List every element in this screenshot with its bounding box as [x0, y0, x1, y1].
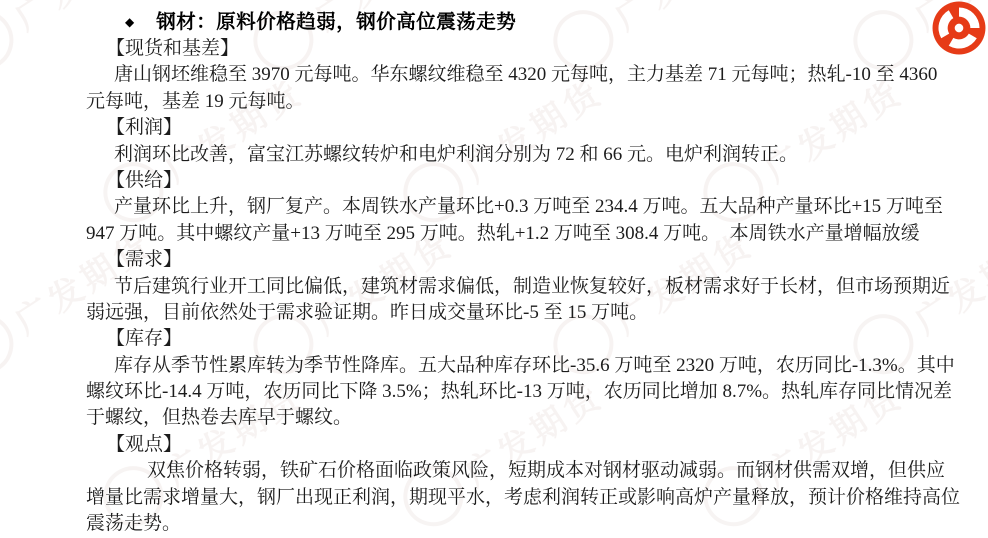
- report-page: { "page": { "background": "#ffffff", "te…: [0, 0, 988, 538]
- section-spot-basis: 【现货和基差】 唐山钢坯维稳至 3970 元每吨。华东螺纹维稳至 4320 元每…: [86, 36, 988, 115]
- body-line: 震荡走势。: [86, 511, 988, 537]
- body-line: 利润环比改善，富宝江苏螺纹转炉和电炉利润分别为 72 和 66 元。电炉利润转正…: [86, 142, 988, 168]
- body-line: 唐山钢坯维稳至 3970 元每吨。华东螺纹维稳至 4320 元每吨，主力基差 7…: [86, 62, 988, 88]
- body-line: 元每吨，基差 19 元每吨。: [86, 89, 988, 115]
- body-line: 螺纹环比-14.4 万吨，农历同比下降 3.5%；热轧环比-13 万吨，农历同比…: [86, 379, 988, 405]
- section-header: 【库存】: [86, 326, 988, 352]
- section-header: 【需求】: [86, 247, 988, 273]
- diamond-bullet-icon: ◆: [125, 8, 134, 36]
- section-viewpoint: 【观点】 双焦价格转弱，铁矿石价格面临政策风险，短期成本对钢材驱动减弱。而钢材供…: [86, 432, 988, 538]
- report-body: ◆钢材：原料价格趋弱，钢价高位震荡走势 【现货和基差】 唐山钢坯维稳至 3970…: [86, 8, 988, 537]
- body-line: 增量比需求增量大，钢厂出现正利润，期现平水，考虑利润转正或影响高炉产量释放，预计…: [86, 485, 988, 511]
- section-demand: 【需求】 节后建筑行业开工同比偏低，建筑材需求偏低，制造业恢复较好，板材需求好于…: [86, 247, 988, 326]
- section-header: 【现货和基差】: [86, 36, 988, 62]
- gf-futures-logo: [932, 1, 986, 55]
- section-header: 【利润】: [86, 115, 988, 141]
- body-line: 库存从季节性累库转为季节性降库。五大品种库存环比-35.6 万吨至 2320 万…: [86, 353, 988, 379]
- watermark-logo-ring: [0, 0, 25, 82]
- section-profit: 【利润】 利润环比改善，富宝江苏螺纹转炉和电炉利润分别为 72 和 66 元。电…: [86, 115, 988, 168]
- watermark-logo-ring: [0, 303, 25, 386]
- body-line: 产量环比上升，钢厂复产。本周铁水产量环比+0.3 万吨至 234.4 万吨。五大…: [86, 194, 988, 220]
- report-title-row: ◆钢材：原料价格趋弱，钢价高位震荡走势: [86, 8, 988, 36]
- body-line: 弱远强，目前依然处于需求验证期。昨日成交量环比-5 至 15 万吨。: [86, 300, 988, 326]
- section-header: 【观点】: [86, 432, 988, 458]
- section-inventory: 【库存】 库存从季节性累库转为季节性降库。五大品种库存环比-35.6 万吨至 2…: [86, 326, 988, 432]
- body-line: 947 万吨。其中螺纹产量+13 万吨至 295 万吨。热轧+1.2 万吨至 3…: [86, 221, 988, 247]
- body-line: 双焦价格转弱，铁矿石价格面临政策风险，短期成本对钢材驱动减弱。而钢材供需双增，但…: [86, 458, 988, 484]
- report-title: 钢材：原料价格趋弱，钢价高位震荡走势: [156, 12, 516, 33]
- section-header: 【供给】: [86, 168, 988, 194]
- body-line: 节后建筑行业开工同比偏低，建筑材需求偏低，制造业恢复较好，板材需求好于长材，但市…: [86, 274, 988, 300]
- body-line: 于螺纹，但热卷去库早于螺纹。: [86, 405, 988, 431]
- section-supply: 【供给】 产量环比上升，钢厂复产。本周铁水产量环比+0.3 万吨至 234.4 …: [86, 168, 988, 247]
